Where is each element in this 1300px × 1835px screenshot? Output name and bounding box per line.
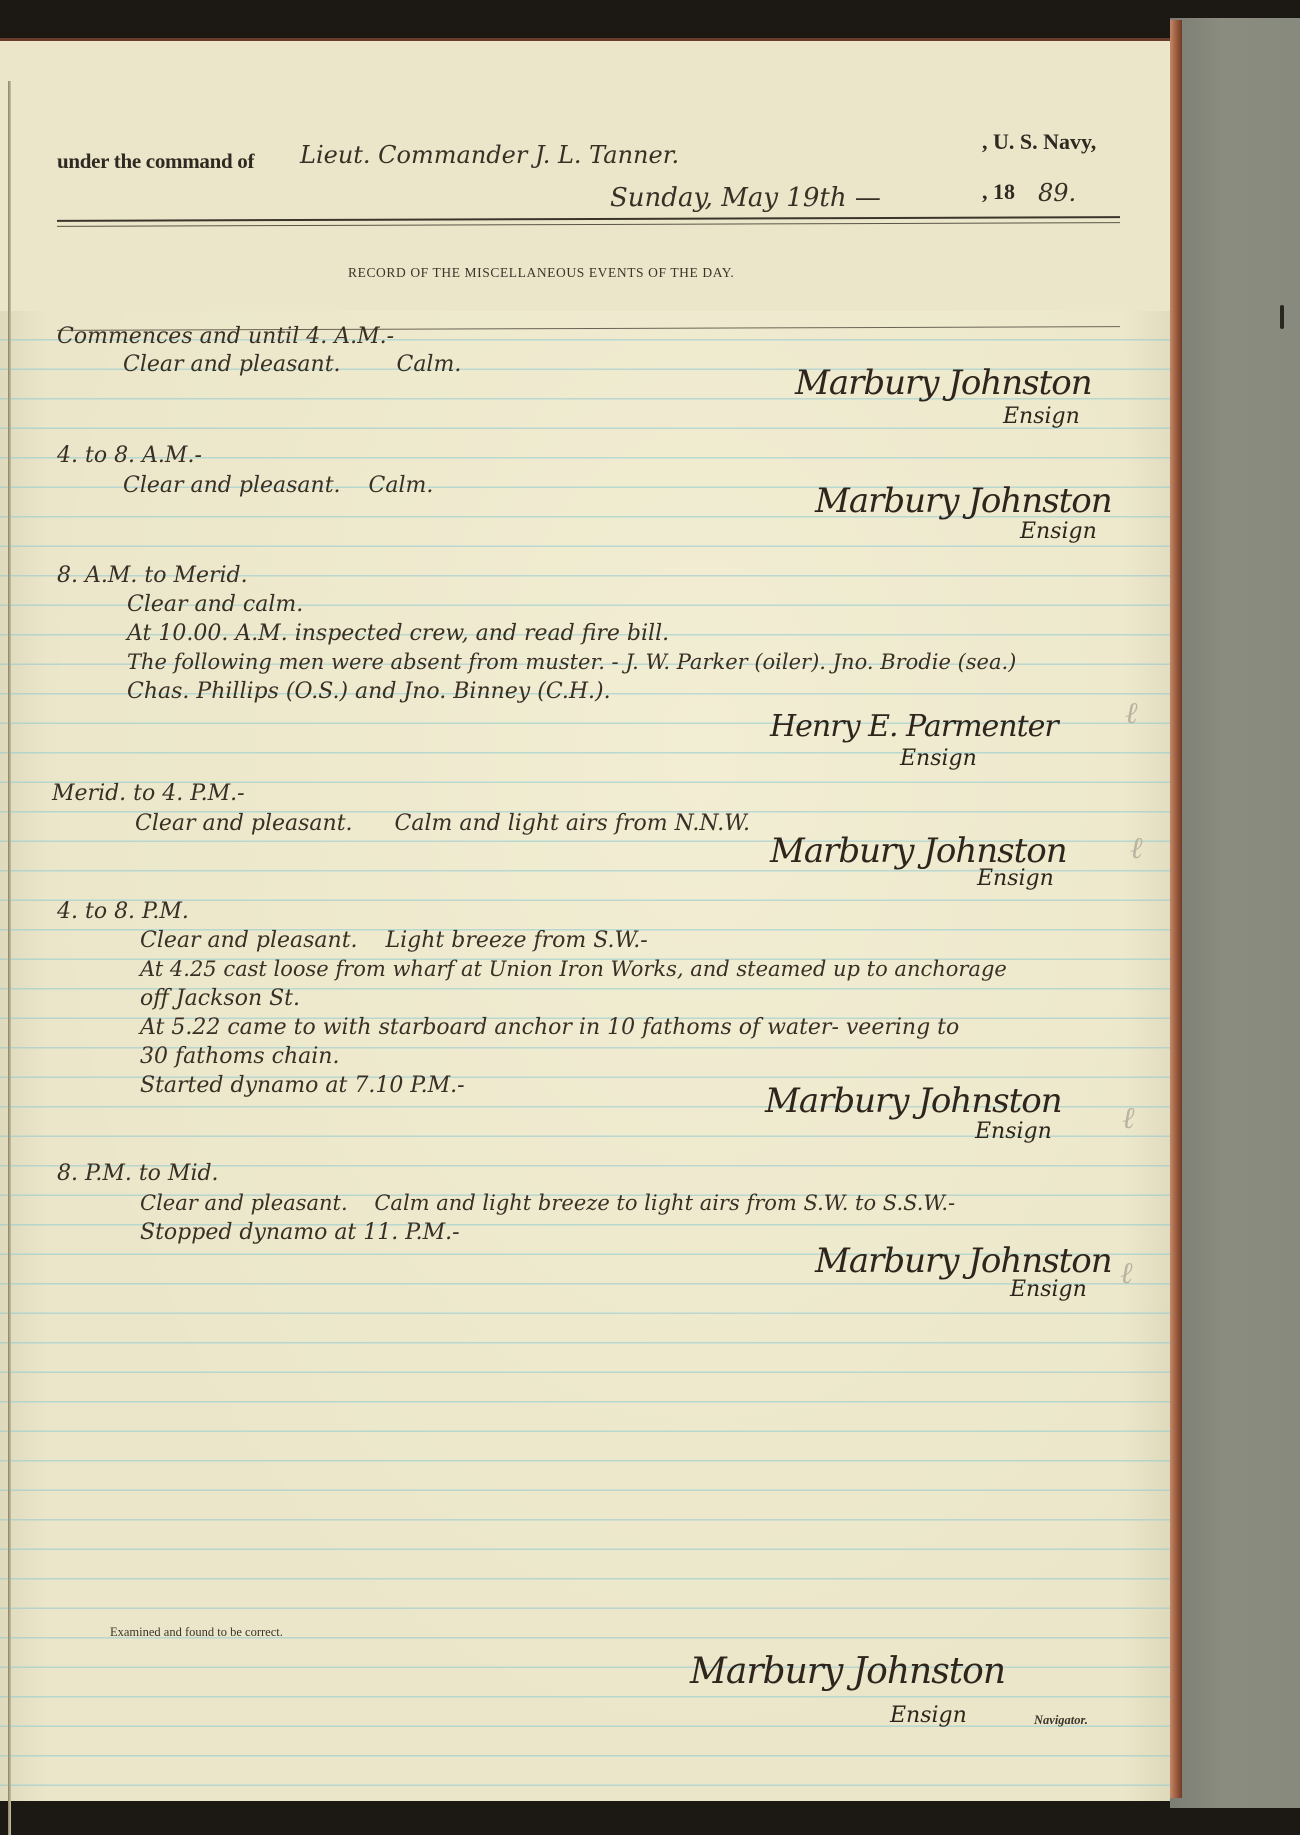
watch-title: 4. to 8. A.M.- bbox=[57, 443, 202, 468]
watch-entry: Clear and pleasant. Calm. bbox=[123, 352, 461, 377]
watch-title: 8. A.M. to Merid. bbox=[57, 563, 248, 588]
watch-entry: Chas. Phillips (O.S.) and Jno. Binney (C… bbox=[127, 679, 611, 704]
navigator-rank: Ensign bbox=[890, 1703, 967, 1728]
year-suffix: 89. bbox=[1038, 179, 1076, 207]
watch-title: Commences and until 4. A.M.- bbox=[57, 324, 394, 349]
navigator-label: Navigator. bbox=[1034, 1713, 1088, 1728]
year-prefix: , 18 bbox=[982, 179, 1015, 205]
watch-entry: Clear and pleasant. Calm and light airs … bbox=[135, 811, 750, 836]
watch-title: 4. to 8. P.M. bbox=[57, 899, 189, 924]
watch-entry: Clear and calm. bbox=[127, 592, 303, 617]
examined-label: Examined and found to be correct. bbox=[110, 1625, 283, 1640]
watch-entry: 30 fathoms chain. bbox=[140, 1044, 339, 1069]
backdrop-mark bbox=[1280, 305, 1284, 329]
signature-rank: Ensign bbox=[1010, 1277, 1087, 1302]
navy-label: , U. S. Navy, bbox=[982, 129, 1096, 155]
signature-name: Marbury Johnston bbox=[815, 481, 1112, 521]
signature-rank: Ensign bbox=[1003, 404, 1080, 429]
watch-entry: Clear and pleasant. Light breeze from S.… bbox=[140, 928, 648, 953]
navigator-signature: Marbury Johnston bbox=[690, 1651, 1005, 1692]
watch-entry: Clear and pleasant. Calm. bbox=[123, 473, 433, 498]
section-title: RECORD OF THE MISCELLANEOUS EVENTS OF TH… bbox=[348, 265, 734, 281]
watch-entry: Started dynamo at 7.10 P.M.- bbox=[140, 1073, 465, 1098]
signature-name: Marbury Johnston bbox=[795, 363, 1092, 403]
pencil-mark: ℓ bbox=[1125, 696, 1138, 731]
signature-rank: Ensign bbox=[900, 746, 977, 771]
desk-backdrop bbox=[1170, 18, 1300, 1808]
page-edge bbox=[1170, 20, 1182, 1798]
signature-rank: Ensign bbox=[977, 866, 1054, 891]
watch-entry: At 4.25 cast loose from wharf at Union I… bbox=[140, 957, 1007, 981]
watch-entry: off Jackson St. bbox=[140, 986, 300, 1011]
pencil-mark: ℓ bbox=[1122, 1101, 1135, 1136]
watch-title: 8. P.M. to Mid. bbox=[57, 1161, 219, 1186]
watch-entry: At 10.00. A.M. inspected crew, and read … bbox=[127, 621, 669, 646]
log-date: Sunday, May 19th — bbox=[610, 183, 881, 213]
signature-rank: Ensign bbox=[975, 1119, 1052, 1144]
pencil-mark: ℓ bbox=[1130, 831, 1143, 866]
commander-name: Lieut. Commander J. L. Tanner. bbox=[300, 141, 679, 169]
signature-name: Marbury Johnston bbox=[815, 1241, 1112, 1281]
watch-title: Merid. to 4. P.M.- bbox=[52, 781, 245, 806]
signature-name: Henry E. Parmenter bbox=[770, 709, 1058, 744]
watch-entry: At 5.22 came to with starboard anchor in… bbox=[140, 1015, 959, 1040]
signature-name: Marbury Johnston bbox=[765, 1081, 1062, 1121]
watch-entry: The following men were absent from muste… bbox=[127, 650, 1016, 674]
logbook-page: under the command of Lieut. Commander J.… bbox=[0, 38, 1170, 1801]
pencil-mark: ℓ bbox=[1120, 1256, 1133, 1291]
signature-name: Marbury Johnston bbox=[770, 831, 1067, 871]
signature-rank: Ensign bbox=[1020, 519, 1097, 544]
page-binding bbox=[8, 81, 11, 1835]
watch-entry: Clear and pleasant. Calm and light breez… bbox=[140, 1191, 955, 1215]
watch-entry: Stopped dynamo at 11. P.M.- bbox=[140, 1220, 460, 1245]
command-label: under the command of bbox=[57, 149, 254, 174]
